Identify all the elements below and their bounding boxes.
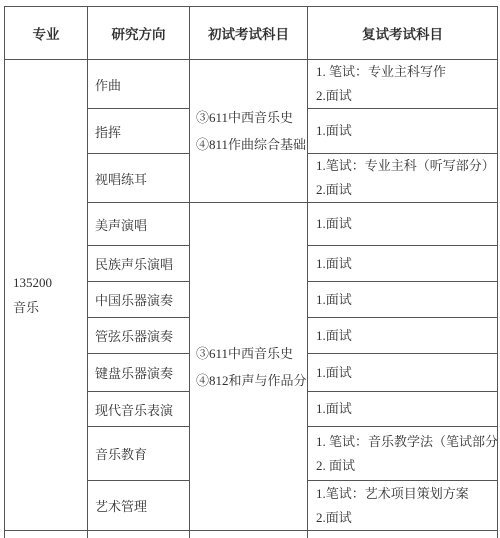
initial-exam-line: ④812和声与作品分析	[196, 367, 307, 394]
direction-cell: 美声演唱	[88, 203, 190, 246]
initial-exam-line: ③611中西音乐史	[196, 104, 307, 131]
retest-line: 1.面试	[316, 252, 497, 276]
direction-cell: 管弦乐器演奏	[88, 318, 190, 354]
direction-cell: 指挥	[88, 109, 190, 154]
initial-exam-line: ④811作曲综合基础	[196, 131, 307, 158]
retest-cell: 1.面试	[308, 109, 498, 154]
direction-cell: 中国乐器演奏	[88, 282, 190, 318]
retest-line: 1.面试	[316, 288, 497, 312]
retest-cell: 1.笔试：艺术项目策划方案 2.面试	[308, 481, 498, 531]
col-header-initial-exam: 初试考试科目	[190, 7, 308, 60]
stub-cell	[88, 531, 190, 538]
stub-cell	[308, 531, 498, 538]
exam-subjects-table: 专业 研究方向 初试考试科目 复试考试科目 135200 音乐 作曲 ③611中…	[4, 6, 498, 538]
retest-cell: 1.面试	[308, 246, 498, 282]
retest-cell: 1. 笔试：音乐教学法（笔试部分） 2. 面试	[308, 427, 498, 481]
direction-cell: 键盘乐器演奏	[88, 354, 190, 392]
major-cell: 135200 音乐	[5, 60, 88, 531]
retest-line: 1. 笔试：专业主科写作	[316, 60, 497, 84]
retest-cell: 1.面试	[308, 354, 498, 392]
retest-cell: 1. 笔试：专业主科写作 2.面试	[308, 60, 498, 109]
direction-cell: 音乐教育	[88, 427, 190, 481]
retest-cell: 1.面试	[308, 318, 498, 354]
retest-line: 1.面试	[316, 119, 497, 143]
retest-line: 2.面试	[316, 506, 497, 530]
direction-cell: 视唱练耳	[88, 154, 190, 203]
retest-cell: 1.笔试：专业主科（听写部分） 2.面试	[308, 154, 498, 203]
retest-line: 2. 面试	[316, 454, 497, 478]
retest-cell: 1.面试	[308, 392, 498, 427]
header-row: 专业 研究方向 初试考试科目 复试考试科目	[5, 7, 498, 60]
retest-line: 1.面试	[316, 397, 497, 421]
major-code: 135200	[13, 270, 87, 295]
retest-line: 2.面试	[316, 178, 497, 202]
col-header-major: 专业	[5, 7, 88, 60]
retest-line: 1.面试	[316, 361, 497, 385]
retest-line: 1.笔试：艺术项目策划方案	[316, 482, 497, 506]
retest-cell: 1.面试	[308, 203, 498, 246]
direction-cell: 艺术管理	[88, 481, 190, 531]
direction-cell: 现代音乐表演	[88, 392, 190, 427]
initial-exam-line: ③611中西音乐史	[196, 340, 307, 367]
major-name: 音乐	[13, 295, 87, 320]
col-header-research-direction: 研究方向	[88, 7, 190, 60]
initial-exam-cell-group1: ③611中西音乐史 ④811作曲综合基础	[190, 60, 308, 203]
stub-cell	[190, 531, 308, 538]
table-row: 135200 音乐 作曲 ③611中西音乐史 ④811作曲综合基础 1. 笔试：…	[5, 60, 498, 109]
document-page: 专业 研究方向 初试考试科目 复试考试科目 135200 音乐 作曲 ③611中…	[0, 0, 500, 538]
initial-exam-cell-group2: ③611中西音乐史 ④812和声与作品分析	[190, 203, 308, 531]
direction-cell: 作曲	[88, 60, 190, 109]
clipped-next-row	[5, 531, 498, 538]
stub-cell	[5, 531, 88, 538]
direction-cell: 民族声乐演唱	[88, 246, 190, 282]
retest-line: 1. 笔试：音乐教学法（笔试部分）	[316, 430, 497, 454]
retest-line: 2.面试	[316, 84, 497, 108]
retest-line: 1.笔试：专业主科（听写部分）	[316, 154, 497, 178]
retest-line: 1.面试	[316, 212, 497, 236]
retest-line: 1.面试	[316, 324, 497, 348]
col-header-retest-exam: 复试考试科目	[308, 7, 498, 60]
retest-cell: 1.面试	[308, 282, 498, 318]
